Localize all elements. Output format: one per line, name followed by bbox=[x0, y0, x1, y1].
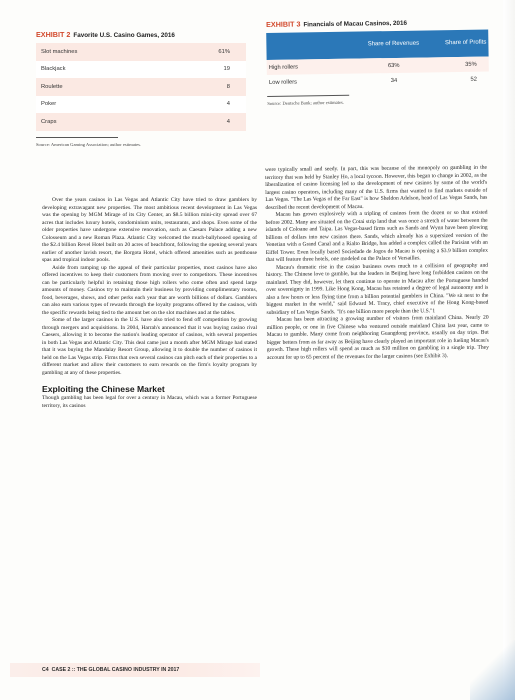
exhibit-3-source: Source: Deutsche Bank; author estimates. bbox=[267, 95, 349, 106]
exhibit-2-title-text: Favorite U.S. Casino Games, 2016 bbox=[73, 32, 175, 39]
right-text-column: were typically small and seedy. In part,… bbox=[265, 165, 489, 362]
textbook-page: EXHIBIT 2Favorite U.S. Casino Games, 201… bbox=[0, 0, 515, 700]
exhibit-2-label: EXHIBIT 2 bbox=[36, 30, 70, 39]
body-paragraph: were typically small and seedy. In part,… bbox=[265, 165, 487, 212]
game-share: 8 bbox=[210, 84, 230, 90]
body-paragraph: Macau has grown explosively with a tripl… bbox=[265, 210, 488, 265]
profit-share: 52 bbox=[429, 76, 489, 83]
exhibit-3-label: EXHIBIT 3 bbox=[266, 19, 300, 29]
game-name: Blackjack bbox=[41, 66, 65, 72]
body-paragraph: Though gambling has been legal for over … bbox=[42, 395, 257, 410]
exhibit-3-title: EXHIBIT 3Financials of Macau Casinos, 20… bbox=[266, 16, 515, 29]
profit-share: 35% bbox=[429, 61, 489, 68]
favorite-games-table: Slot machines 61% Blackjack 19 Roulette … bbox=[36, 43, 246, 131]
game-share: 61% bbox=[210, 49, 230, 55]
page-footer: C4 CASE 2 :: THE GLOBAL CASINO INDUSTRY … bbox=[10, 663, 260, 677]
game-name: Slot machines bbox=[41, 49, 77, 55]
left-text-column: Over the years casinos in Las Vegas and … bbox=[42, 197, 257, 410]
macau-table-header: Share of Revenues Share of Profits bbox=[266, 30, 488, 60]
header-revenues: Share of Revenues bbox=[358, 40, 428, 48]
exhibit-3-title-text: Financials of Macau Casinos, 2016 bbox=[303, 20, 407, 29]
table-row: Slot machines 61% bbox=[36, 43, 246, 61]
table-row: Craps 4 bbox=[36, 113, 246, 131]
revenue-share: 34 bbox=[359, 77, 429, 84]
body-paragraph: Some of the larger casinos in the U.S. h… bbox=[42, 317, 257, 377]
exhibit-2: EXHIBIT 2Favorite U.S. Casino Games, 201… bbox=[36, 30, 258, 147]
exhibit-3: EXHIBIT 3Financials of Macau Casinos, 20… bbox=[266, 16, 515, 106]
section-heading: Exploiting the Chinese Market bbox=[42, 384, 257, 394]
header-segment bbox=[266, 45, 358, 46]
page-edge-shadow bbox=[503, 0, 515, 700]
running-title: CASE 2 :: THE GLOBAL CASINO INDUSTRY IN … bbox=[52, 667, 180, 673]
segment-name: Low rollers bbox=[267, 78, 359, 85]
game-share: 4 bbox=[210, 101, 230, 107]
body-paragraph: Macau has been attracting a growing numb… bbox=[267, 315, 489, 362]
table-row: Blackjack 19 bbox=[36, 61, 246, 79]
table-row: Low rollers 34 52 bbox=[267, 72, 489, 90]
table-row: Poker 4 bbox=[36, 96, 246, 114]
segment-name: High rollers bbox=[267, 63, 359, 70]
game-share: 4 bbox=[210, 119, 230, 125]
body-paragraph: Macau's dramatic rise in the casino busi… bbox=[266, 262, 489, 317]
game-share: 19 bbox=[210, 66, 230, 72]
page-number: C4 bbox=[42, 667, 49, 673]
exhibit-2-source: Source: American Gaming Association; aut… bbox=[36, 137, 118, 147]
page-corner-shade bbox=[470, 640, 515, 700]
body-paragraph: Over the years casinos in Las Vegas and … bbox=[42, 197, 257, 265]
revenue-share: 63% bbox=[359, 62, 429, 69]
header-profits: Share of Profits bbox=[428, 40, 488, 48]
game-name: Roulette bbox=[41, 84, 63, 90]
game-name: Craps bbox=[41, 119, 56, 125]
exhibit-2-title: EXHIBIT 2Favorite U.S. Casino Games, 201… bbox=[36, 30, 258, 39]
body-paragraph: Aside from ramping up the appeal of thei… bbox=[42, 265, 257, 318]
table-row: Roulette 8 bbox=[36, 78, 246, 96]
game-name: Poker bbox=[41, 101, 56, 107]
